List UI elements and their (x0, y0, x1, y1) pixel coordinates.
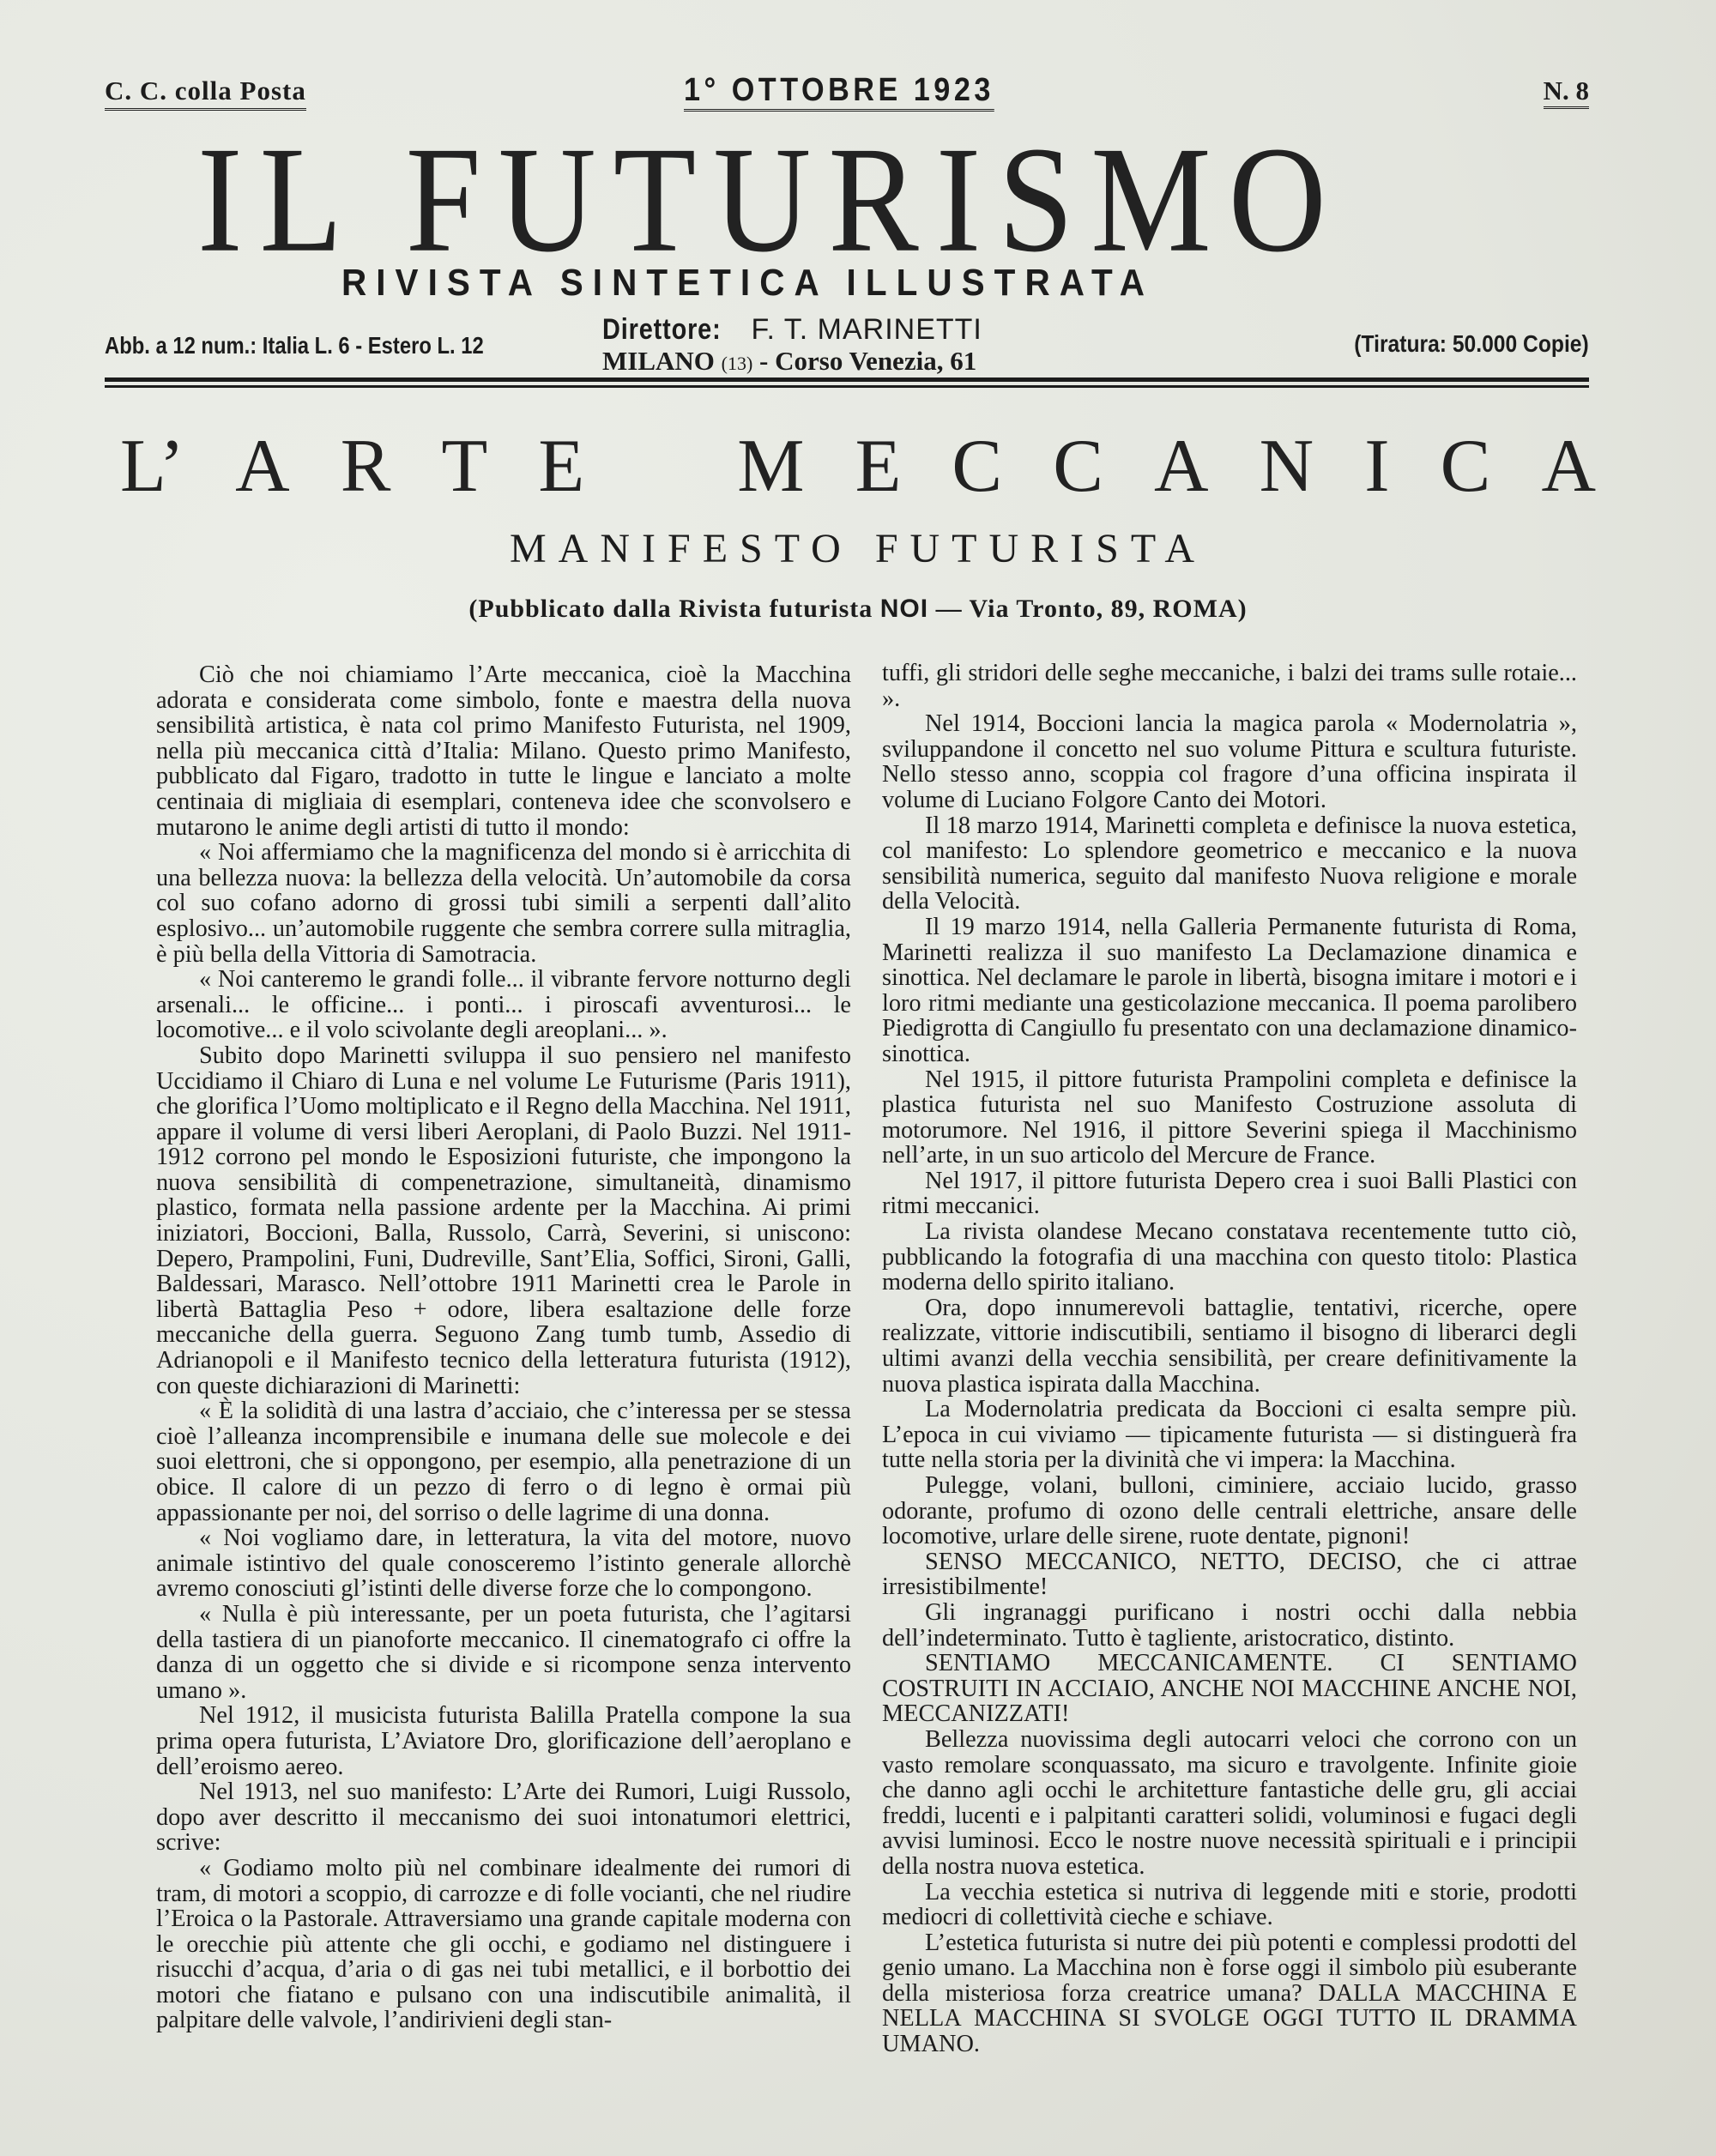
quote-paragraph: « Noi affermiamo che la magnificenza del… (156, 840, 851, 967)
issue-date: 1° OTTOBRE 1923 (684, 72, 994, 112)
title-letter: C (1441, 429, 1491, 504)
masthead-info-row: Abb. a 12 num.: Italia L. 6 - Estero L. … (105, 313, 1589, 373)
paragraph: Nel 1913, nel suo manifesto: L’Arte dei … (156, 1779, 851, 1856)
paragraph: La Modernolatria predicata da Boccioni c… (882, 1397, 1577, 1473)
paragraph: Il 18 marzo 1914, Marinetti completa e d… (882, 813, 1577, 915)
title-letter: C (952, 429, 1002, 504)
paragraph: Bellezza nuovissima degli autocarri velo… (882, 1727, 1577, 1880)
title-letter: M (737, 429, 804, 504)
title-space (635, 429, 686, 504)
quote-paragraph: « Godiamo molto più nel combinare idealm… (156, 1856, 851, 2033)
title-letter: A (235, 429, 290, 504)
article-title: L’ A R T E M E C C A N I C A (120, 429, 1596, 504)
article-subtitle: MANIFESTO FUTURISTA (0, 525, 1716, 572)
title-letter: T (441, 429, 487, 504)
paragraph-continuation: tuffi, gli stridori delle seghe meccanic… (882, 661, 1577, 711)
title-letter: C (1053, 429, 1103, 504)
address-code: (13) (722, 353, 753, 374)
address-line: MILANO (13) - Corso Venezia, 61 (602, 346, 976, 377)
publication-note: (Pubblicato dalla Rivista futurista NOI … (0, 595, 1716, 624)
quote-paragraph: « È la solidità di una lastra d’acciaio,… (156, 1398, 851, 1525)
subscription-info: Abb. a 12 num.: Italia L. 6 - Estero L. … (105, 332, 484, 359)
paragraph: Ora, dopo innumerevoli battaglie, tentat… (882, 1295, 1577, 1397)
paragraph: SENTIAMO MECCANICAMENTE. CI SENTIAMO COS… (882, 1651, 1577, 1727)
director-line: Direttore: F. T. MARINETTI (602, 313, 982, 347)
title-letter: I (1364, 429, 1389, 504)
title-letter: E (538, 429, 584, 504)
left-column: Ciò che noi chiamiamo l’Arte meccanica, … (156, 662, 851, 2033)
paragraph: Nel 1917, il pittore futurista Depero cr… (882, 1169, 1577, 1219)
director-label: Direttore: (602, 313, 722, 347)
paragraph: La vecchia estetica si nutriva di leggen… (882, 1880, 1577, 1930)
paragraph: Nel 1915, il pittore futurista Prampolin… (882, 1067, 1577, 1169)
quote-paragraph: « Nulla è più interessante, per un poeta… (156, 1602, 851, 1703)
masthead-divider (105, 377, 1589, 388)
quote-paragraph: « Noi vogliamo dare, in letteratura, la … (156, 1525, 851, 1602)
paragraph: Subito dopo Marinetti sviluppa il suo pe… (156, 1043, 851, 1398)
newspaper-page: C. C. colla Posta 1° OTTOBRE 1923 N. 8 I… (0, 0, 1716, 2156)
paragraph: SENSO MECCANICO, NETTO, DECISO, che ci a… (882, 1549, 1577, 1600)
title-letter: A (1154, 429, 1209, 504)
paragraph: Nel 1914, Boccioni lancia la magica paro… (882, 711, 1577, 812)
title-letter: R (341, 429, 391, 504)
title-letter: E (855, 429, 902, 504)
paragraph: L’estetica futurista si nutre dei più po… (882, 1930, 1577, 2057)
paragraph: Nel 1912, il musicista futurista Balilla… (156, 1703, 851, 1779)
publication-journal: NOI (880, 595, 928, 623)
title-letter: L’ (120, 429, 184, 504)
postal-note: C. C. colla Posta (105, 75, 306, 111)
masthead-title: IL FUTURISMO (197, 124, 1519, 276)
paragraph: Gli ingranaggi purificano i nostri occhi… (882, 1600, 1577, 1651)
paragraph: Pulegge, volani, bulloni, ciminiere, acc… (882, 1473, 1577, 1549)
masthead-subtitle: RIVISTA SINTETICA ILLUSTRATA (341, 262, 1154, 305)
director-name: F. T. MARINETTI (751, 313, 982, 346)
quote-paragraph: « Noi canteremo le grandi folle... il vi… (156, 967, 851, 1043)
print-run: (Tiratura: 50.000 Copie) (1355, 330, 1589, 358)
address-street: - Corso Venezia, 61 (759, 346, 976, 376)
paragraph: Il 19 marzo 1914, nella Galleria Permane… (882, 915, 1577, 1067)
right-column: tuffi, gli stridori delle seghe meccanic… (882, 661, 1577, 2057)
title-letter: N (1260, 429, 1314, 504)
publication-suffix: — Via Tronto, 89, ROMA) (936, 595, 1248, 623)
publication-prefix: (Pubblicato dalla Rivista futurista (468, 595, 873, 623)
address-city: MILANO (602, 346, 715, 376)
paragraph: La rivista olandese Mecano constatava re… (882, 1219, 1577, 1295)
title-letter: A (1541, 429, 1596, 504)
issue-number: N. 8 (1544, 75, 1589, 109)
paragraph: Ciò che noi chiamiamo l’Arte meccanica, … (156, 662, 851, 840)
